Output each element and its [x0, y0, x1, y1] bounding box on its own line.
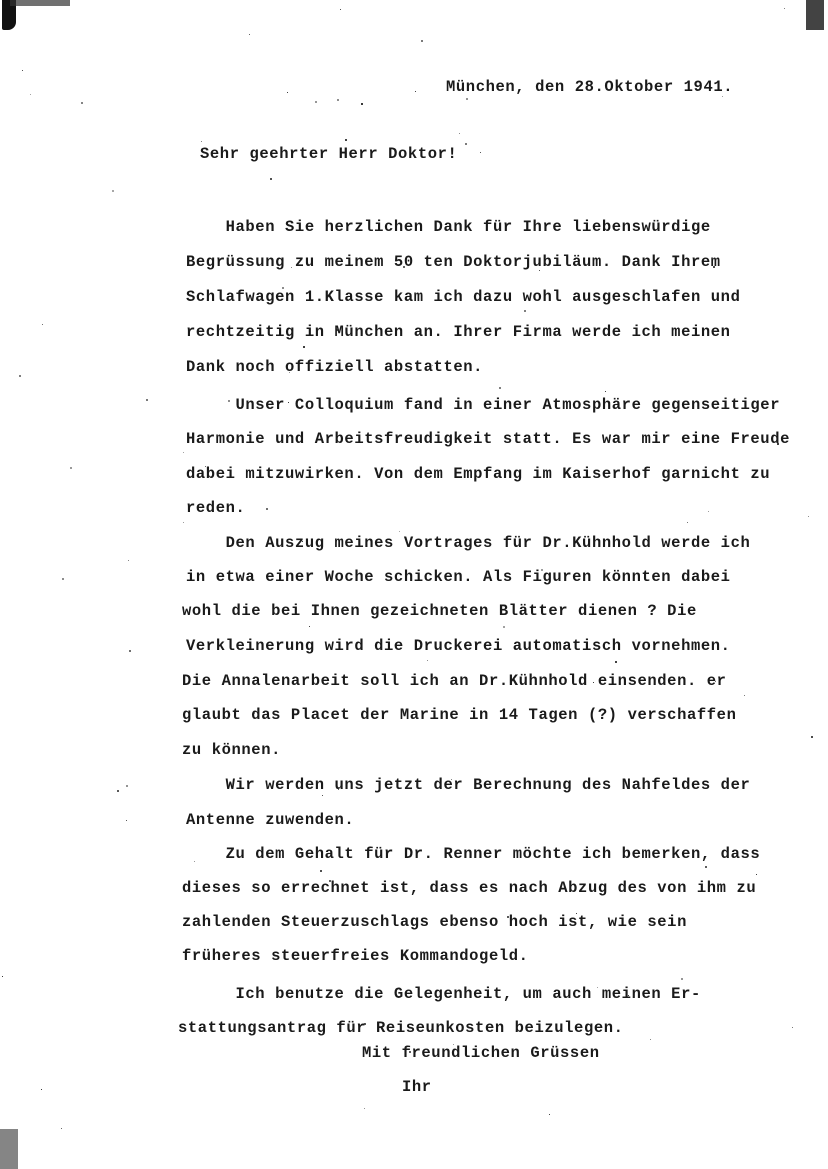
scan-speck	[722, 96, 723, 97]
scan-speck	[201, 141, 202, 142]
scan-speck	[129, 650, 131, 652]
scan-speck	[576, 913, 577, 914]
scan-speck	[126, 785, 128, 787]
scan-speck	[282, 287, 284, 289]
scan-artifact	[806, 0, 824, 30]
body-line: Den Auszug meines Vortrages für Dr.Kühnh…	[186, 534, 750, 552]
scan-speck	[792, 1027, 793, 1028]
body-line: Antenne zuwenden.	[186, 811, 354, 829]
body-line: zahlenden Steuerzuschlags ebenso hoch is…	[182, 913, 687, 931]
body-line: Dank noch offiziell abstatten.	[186, 358, 483, 376]
scan-speck	[524, 310, 526, 312]
scan-speck	[62, 578, 64, 580]
body-line: Haben Sie herzlichen Dank für Ihre liebe…	[186, 218, 711, 236]
scan-speck	[605, 391, 606, 392]
scan-speck	[112, 190, 114, 192]
body-line: wohl die bei Ihnen gezeichneten Blätter …	[182, 602, 697, 620]
scan-speck	[539, 270, 540, 271]
scan-speck	[409, 1051, 411, 1053]
scan-speck	[329, 880, 331, 882]
scan-speck	[777, 443, 779, 445]
scan-speck	[30, 94, 31, 95]
scan-speck	[415, 91, 416, 92]
scan-speck	[466, 98, 468, 100]
scan-speck	[41, 1089, 42, 1090]
scan-speck	[399, 531, 400, 532]
scan-speck	[459, 133, 460, 134]
scan-artifact	[0, 1129, 18, 1169]
scan-speck	[681, 978, 683, 980]
body-line: glaubt das Placet der Marine in 14 Tagen…	[182, 706, 736, 724]
date-line: München, den 28.Oktober 1941.	[446, 78, 733, 96]
scan-speck	[361, 103, 363, 105]
scan-speck	[322, 795, 323, 796]
scan-speck	[453, 1044, 454, 1045]
scan-speck	[432, 365, 433, 366]
scan-speck	[205, 466, 206, 467]
scan-speck	[42, 324, 43, 325]
scan-speck	[345, 139, 347, 141]
scan-speck	[480, 152, 481, 153]
body-line: Unser Colloquium fand in einer Atmosphär…	[186, 396, 780, 414]
scan-speck	[421, 40, 423, 42]
scan-speck	[499, 387, 501, 389]
scan-speck	[705, 866, 707, 868]
scan-speck	[549, 1114, 550, 1115]
scan-speck	[303, 346, 305, 348]
body-line: reden.	[186, 499, 245, 517]
scan-speck	[609, 611, 611, 613]
scan-speck	[126, 820, 127, 821]
scan-speck	[266, 508, 268, 510]
scan-speck	[615, 661, 617, 663]
body-line: dieses so errechnet ist, dass es nach Ab…	[182, 879, 756, 897]
scan-speck	[364, 1108, 365, 1109]
scan-speck	[302, 541, 303, 542]
scan-speck	[315, 101, 317, 103]
scan-speck	[270, 178, 272, 180]
scan-speck	[541, 569, 543, 571]
scan-speck	[183, 522, 184, 523]
scan-speck	[61, 1128, 62, 1129]
scan-speck	[81, 102, 83, 104]
body-line: rechtzeitig in München an. Ihrer Firma w…	[186, 323, 731, 341]
scan-speck	[309, 626, 310, 627]
letter-page: München, den 28.Oktober 1941. Sehr geehr…	[0, 0, 828, 1169]
body-line: stattungsantrag für Reiseunkosten beizul…	[178, 1019, 624, 1037]
scan-speck	[254, 713, 255, 714]
body-line: dabei mitzuwirken. Von dem Empfang im Ka…	[186, 465, 770, 483]
scan-speck	[117, 790, 119, 792]
salutation: Sehr geehrter Herr Doktor!	[200, 145, 457, 163]
scan-speck	[336, 329, 338, 331]
scan-speck	[784, 8, 785, 9]
scan-speck	[687, 522, 688, 523]
scan-speck	[593, 682, 594, 683]
body-line: Wir werden uns jetzt der Berechnung des …	[186, 776, 750, 794]
scan-speck	[756, 874, 757, 875]
scan-speck	[146, 399, 148, 401]
scan-speck	[2, 976, 3, 977]
scan-speck	[465, 143, 467, 145]
scan-speck	[507, 916, 509, 918]
body-line: zu können.	[182, 741, 281, 759]
scan-speck	[811, 736, 813, 738]
scan-speck	[338, 789, 339, 790]
signature: Ihr	[402, 1078, 432, 1096]
scan-speck	[744, 695, 745, 696]
scan-speck	[337, 99, 339, 101]
scan-speck	[364, 1023, 366, 1025]
scan-speck	[249, 34, 250, 35]
body-line: in etwa einer Woche schicken. Als Figure…	[186, 568, 731, 586]
scan-speck	[650, 1039, 651, 1040]
scan-speck	[715, 681, 716, 682]
scan-speck	[70, 467, 72, 469]
scan-speck	[724, 546, 725, 547]
scan-speck	[19, 375, 21, 377]
scan-speck	[291, 267, 292, 268]
body-line: früheres steuerfreies Kommandogeld.	[182, 947, 529, 965]
scan-speck	[128, 560, 129, 561]
scan-artifact	[10, 0, 70, 6]
closing: Mit freundlichen Grüssen	[362, 1044, 600, 1062]
scan-speck	[628, 995, 629, 996]
scan-speck	[403, 266, 405, 268]
scan-speck	[183, 452, 184, 453]
body-line: Verkleinerung wird die Druckerei automat…	[186, 637, 731, 655]
scan-speck	[451, 779, 452, 780]
body-line: Ich benutze die Gelegenheit, um auch mei…	[186, 985, 701, 1003]
body-line: Zu dem Gehalt für Dr. Renner möchte ich …	[186, 845, 760, 863]
scan-speck	[22, 70, 23, 71]
body-line: Schlafwagen 1.Klasse kam ich dazu wohl a…	[186, 288, 740, 306]
scan-speck	[427, 660, 428, 661]
body-line: Begrüssung zu meinem 50 ten Doktorjubilä…	[186, 253, 721, 271]
scan-speck	[503, 626, 505, 628]
scan-speck	[340, 9, 341, 10]
scan-speck	[597, 987, 598, 988]
scan-speck	[808, 516, 809, 517]
body-line: Harmonie und Arbeitsfreudigkeit statt. E…	[186, 430, 790, 448]
scan-speck	[713, 266, 715, 268]
scan-speck	[287, 92, 288, 93]
scan-speck	[708, 511, 709, 512]
scan-speck	[289, 372, 290, 373]
scan-speck	[194, 861, 195, 862]
scan-speck	[288, 402, 289, 403]
body-line: Die Annalenarbeit soll ich an Dr.Kühnhol…	[182, 672, 727, 690]
scan-speck	[320, 870, 322, 872]
scan-speck	[228, 400, 230, 402]
